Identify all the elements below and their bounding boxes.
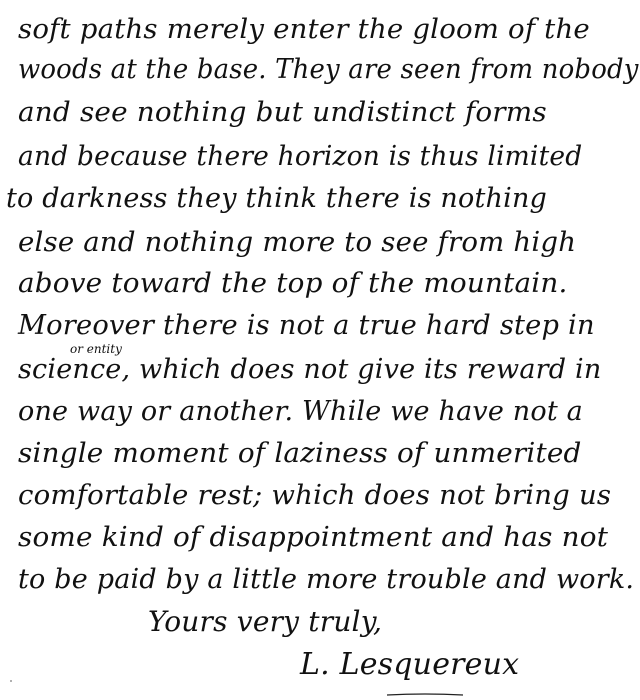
letter-line-7: above toward the top of the mountain.	[18, 270, 568, 297]
letter-page: soft paths merely enter the gloom of the…	[0, 0, 640, 700]
letter-line-14: to be paid by a little more trouble and …	[18, 566, 634, 593]
letter-line-1: soft paths merely enter the gloom of the	[18, 16, 590, 43]
letter-line-2: woods at the base. They are seen from no…	[18, 56, 639, 83]
letter-line-11: single moment of laziness of unmerited	[18, 440, 582, 467]
paper-speck	[10, 680, 12, 682]
letter-line-9: science, which does not give its reward …	[18, 356, 601, 383]
closing-salutation: Yours very truly,	[148, 608, 382, 636]
letter-line-13: some kind of disappointment and has not	[18, 524, 608, 551]
signature-underline	[385, 692, 465, 698]
letter-line-3: and see nothing but undistinct forms	[18, 99, 547, 126]
signature: L. Lesquereux	[300, 650, 519, 680]
letter-line-6: else and nothing more to see from high	[18, 229, 576, 256]
letter-line-8: Moreover there is not a true hard step i…	[18, 312, 595, 339]
letter-line-5: to darkness they think there is nothing	[6, 185, 547, 212]
letter-line-4: and because there horizon is thus limite…	[18, 143, 582, 170]
letter-line-10: one way or another. While we have not a	[18, 398, 583, 425]
letter-line-12: comfortable rest; which does not bring u…	[18, 482, 611, 509]
